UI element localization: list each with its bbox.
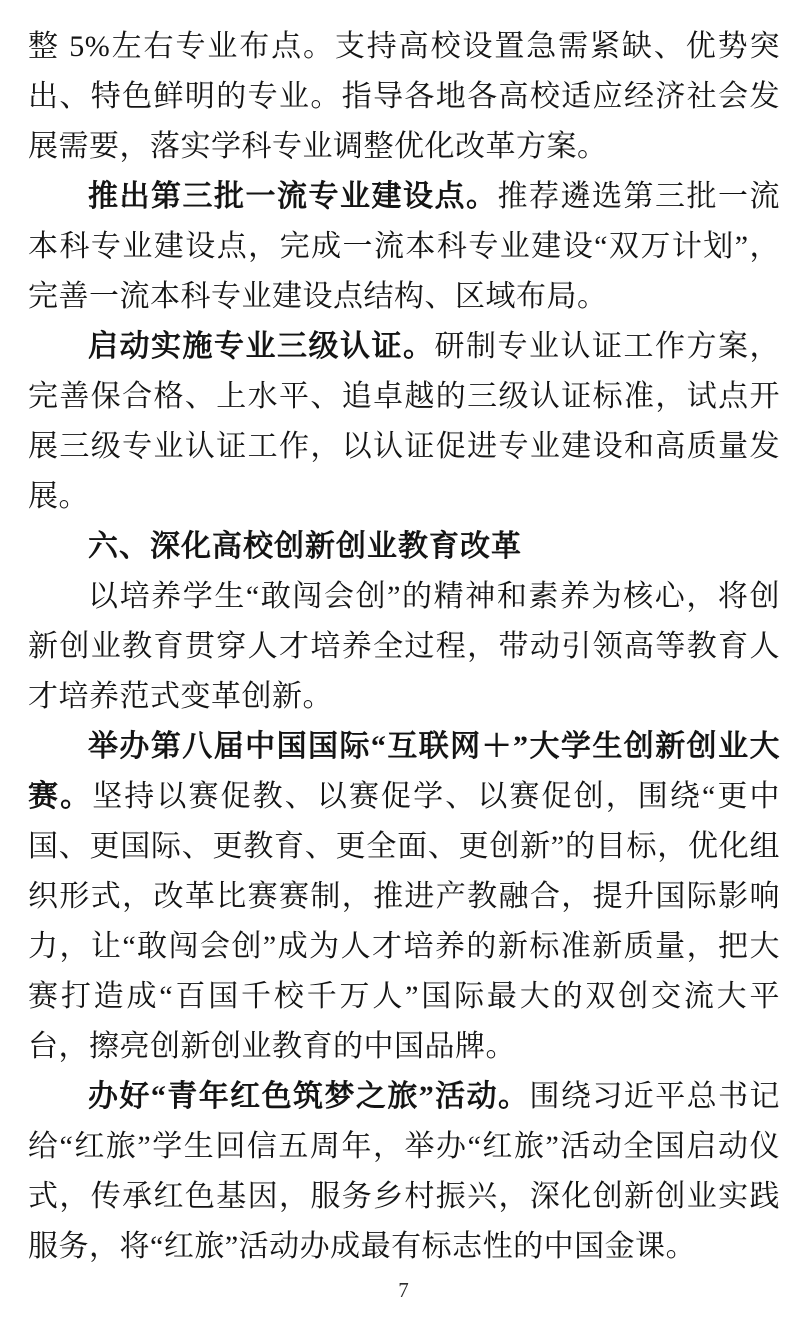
- body-text: 以培养学生“敢闯会创”的精神和素养为核心，将创新创业教育贯穿人才培养全过程，带动…: [28, 580, 780, 713]
- paragraph: 启动实施专业三级认证。研制专业认证工作方案，完善保合格、上水平、追卓越的三级认证…: [28, 322, 780, 522]
- paragraph: 推出第三批一流专业建设点。推荐遴选第三批一流本科专业建设点，完成一流本科专业建设…: [28, 172, 780, 322]
- bold-lead-text: 推出第三批一流专业建设点。: [88, 180, 498, 213]
- paragraph: 整 5%左右专业布点。支持高校设置急需紧缺、优势突出、特色鲜明的专业。指导各地各…: [28, 22, 780, 172]
- bold-lead-text: 六、深化高校创新创业教育改革: [88, 530, 522, 563]
- body-text: 坚持以赛促教、以赛促学、以赛促创，围绕“更中国、更国际、更教育、更全面、更创新”…: [28, 780, 780, 1063]
- paragraph: 办好“青年红色筑梦之旅”活动。围绕习近平总书记给“红旅”学生回信五周年，举办“红…: [28, 1072, 780, 1272]
- page-number: 7: [0, 1278, 807, 1303]
- paragraph: 举办第八届中国国际“互联网＋”大学生创新创业大赛。坚持以赛促教、以赛促学、以赛促…: [28, 722, 780, 1072]
- bold-lead-text: 启动实施专业三级认证。: [88, 330, 435, 363]
- paragraph: 以培养学生“敢闯会创”的精神和素养为核心，将创新创业教育贯穿人才培养全过程，带动…: [28, 572, 780, 722]
- body-text: 整 5%左右专业布点。支持高校设置急需紧缺、优势突出、特色鲜明的专业。指导各地各…: [28, 30, 780, 163]
- document-page: 整 5%左右专业布点。支持高校设置急需紧缺、优势突出、特色鲜明的专业。指导各地各…: [0, 0, 807, 1329]
- document-body: 整 5%左右专业布点。支持高校设置急需紧缺、优势突出、特色鲜明的专业。指导各地各…: [28, 22, 780, 1272]
- section-heading: 六、深化高校创新创业教育改革: [28, 522, 780, 572]
- bold-lead-text: 办好“青年红色筑梦之旅”活动。: [88, 1080, 529, 1113]
